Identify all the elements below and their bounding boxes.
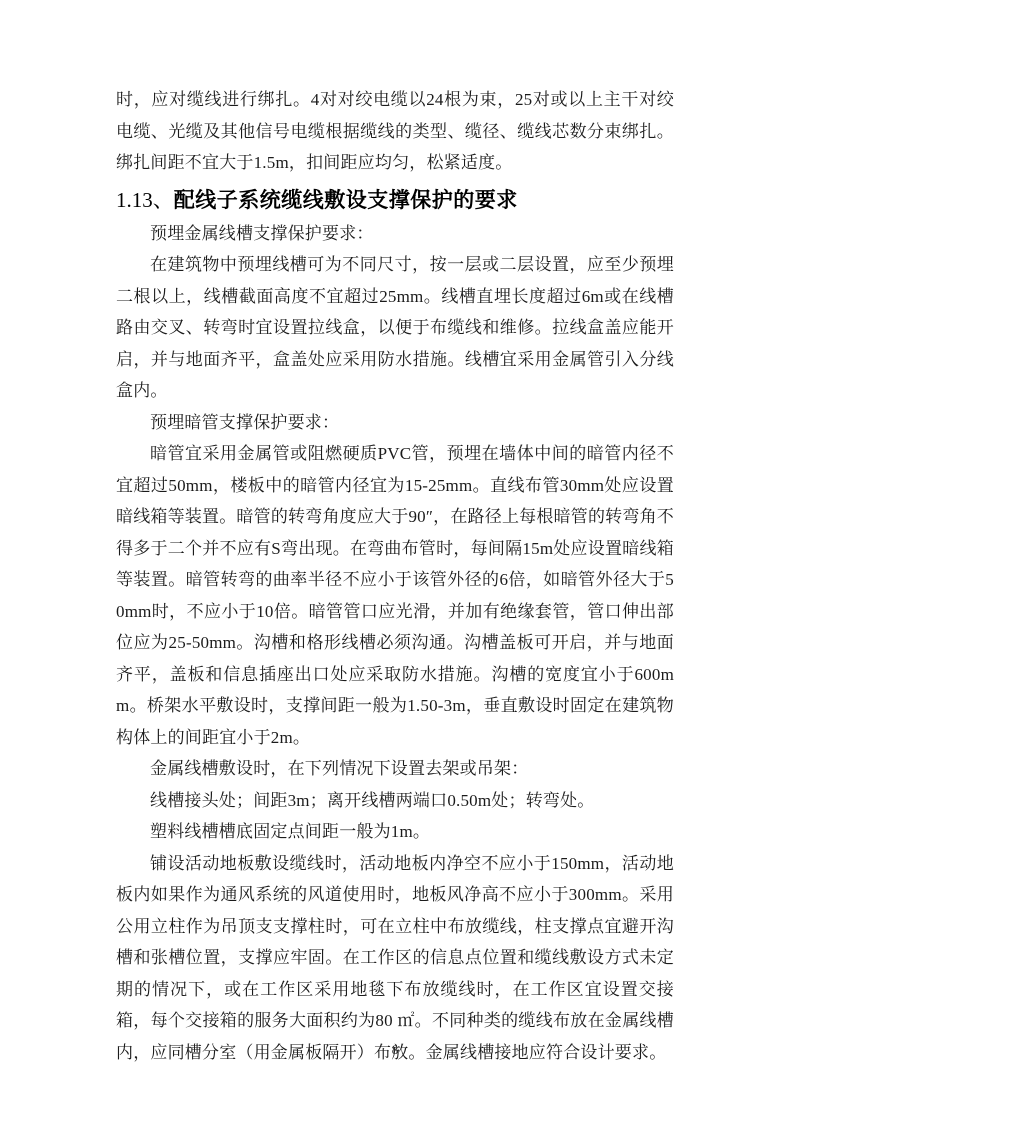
paragraph-concealed-conduit-requirements-label: 预埋暗管支撑保护要求： <box>116 407 674 439</box>
section-heading: 1.13、配线子系统缆线敷设支撑保护的要求 <box>116 185 674 216</box>
paragraph-metal-trunking-requirements-label: 预埋金属线槽支撑保护要求： <box>116 218 674 250</box>
paragraph-bracket-hanger-conditions-label: 金属线槽敷设时，在下列情况下设置去架或吊架： <box>116 753 674 785</box>
section-heading-number: 1.13、 <box>116 188 174 212</box>
paragraph-raised-floor-cabling: 铺设活动地板敷设缆线时，活动地板内净空不应小于150mm，活动地板内如果作为通风… <box>116 848 674 1069</box>
document-page: 时，应对缆线进行绑扎。4对对绞电缆以24根为束，25对或以上主干对绞电缆、光缆及… <box>0 0 1028 1122</box>
paragraph-plastic-trunking-fixing: 塑料线槽槽底固定点间距一般为1m。 <box>116 816 674 848</box>
paragraph-embedded-trunking-details: 在建筑物中预埋线槽可为不同尺寸，按一层或二层设置，应至少预埋二根以上，线槽截面高… <box>116 249 674 407</box>
paragraph-continuation: 时，应对缆线进行绑扎。4对对绞电缆以24根为束，25对或以上主干对绞电缆、光缆及… <box>116 84 674 179</box>
text-column: 时，应对缆线进行绑扎。4对对绞电缆以24根为束，25对或以上主干对绞电缆、光缆及… <box>116 84 674 1068</box>
paragraph-bracket-hanger-positions: 线槽接头处；间距3m；离开线槽两端口0.50m处；转弯处。 <box>116 785 674 817</box>
page-number: 8 <box>116 1041 674 1059</box>
paragraph-concealed-conduit-details: 暗管宜采用金属管或阻燃硬质PVC管，预埋在墙体中间的暗管内径不宜超过50mm，楼… <box>116 438 674 753</box>
section-heading-title: 配线子系统缆线敷设支撑保护的要求 <box>174 189 518 212</box>
